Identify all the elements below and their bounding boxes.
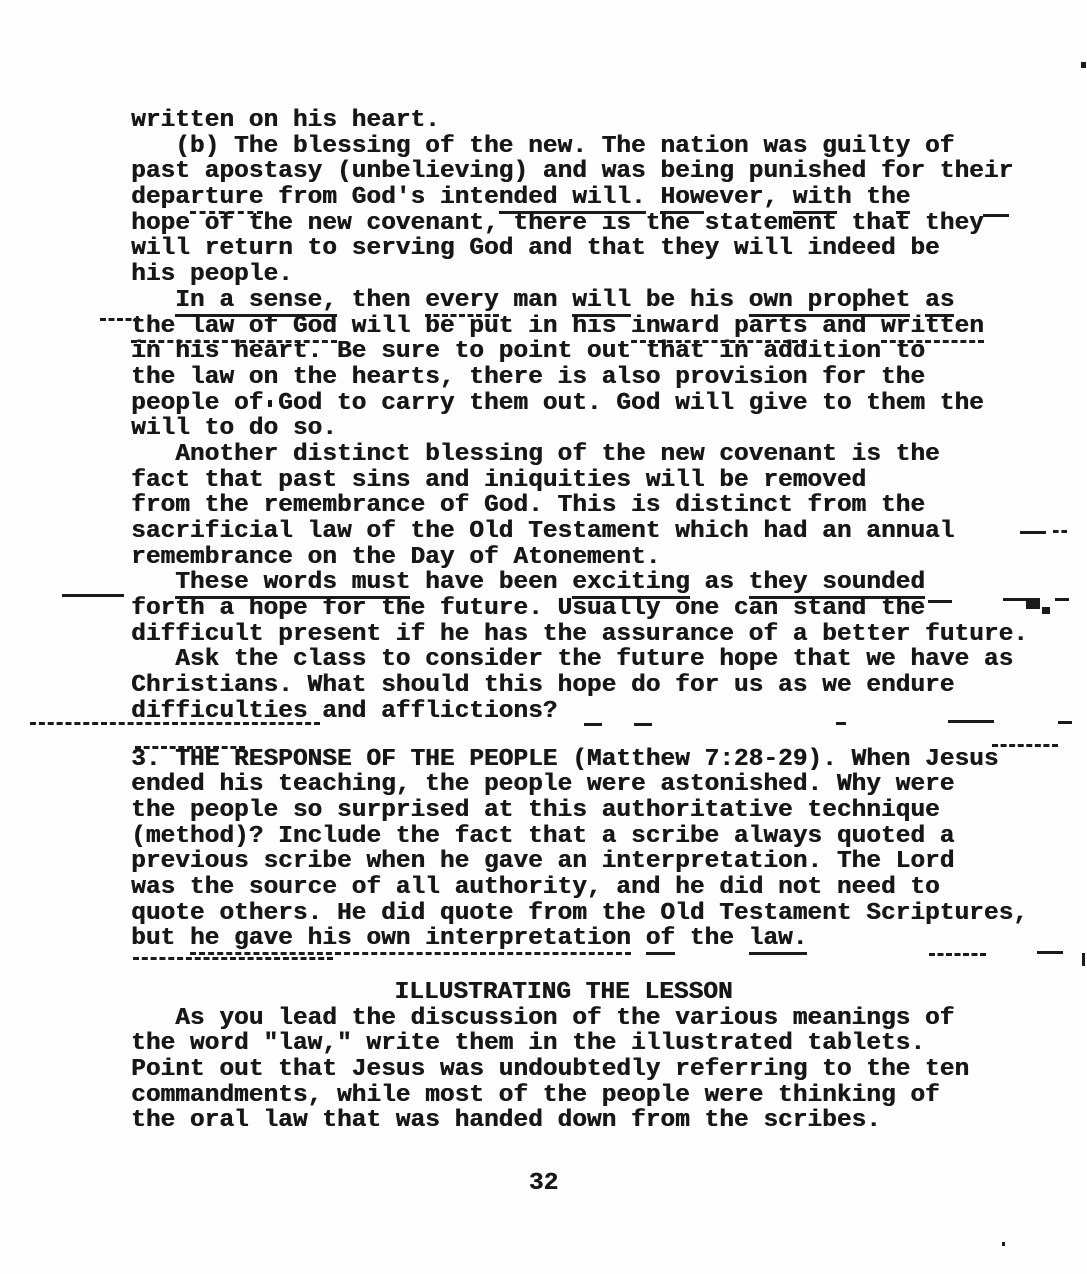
text-segment: difficulties and afflictions? <box>131 698 557 725</box>
text-segment: (b) The blessing of the new. The nation … <box>131 133 954 160</box>
text-segment <box>131 287 175 314</box>
text-segment: Another distinct blessing of the new cov… <box>131 441 940 468</box>
text-segment: and <box>807 313 881 340</box>
scan-artifact <box>1053 530 1067 533</box>
text-segment: difficult present if he has the assuranc… <box>131 621 1028 648</box>
text-line: the word "law," write them in the illust… <box>131 1031 1032 1057</box>
text-segment: written on his heart. <box>131 107 440 134</box>
text-line: difficult present if he has the assuranc… <box>131 622 1032 648</box>
text-line: Point out that Jesus was undoubtedly ref… <box>131 1057 1032 1083</box>
text-line: As you lead the discussion of the variou… <box>131 1006 1032 1032</box>
text-segment: from God's inte <box>263 184 498 211</box>
text-segment: will return to serving God and that they… <box>131 235 940 262</box>
text-segment: forth a hope for the future. Usually one… <box>131 595 925 622</box>
text-segment: man <box>499 287 573 314</box>
paragraph-gap <box>131 725 1032 747</box>
text-segment <box>910 287 925 314</box>
scan-artifact <box>1081 62 1086 68</box>
scan-artifact <box>1082 953 1085 966</box>
text-segment: remembrance on the Day of Atonement. <box>131 544 660 571</box>
text-segment: ILLUSTRATING THE LESSON <box>394 979 732 1006</box>
scan-artifact <box>1002 1242 1005 1246</box>
text-segment: have been <box>410 569 572 596</box>
text-line: In a sense, then every man will be his o… <box>131 288 1032 314</box>
text-segment: past apostasy (unbelieving) and was bein… <box>131 158 1013 185</box>
text-line: the law on the hearts, there is also pro… <box>131 365 1032 391</box>
scan-artifact <box>1055 598 1069 601</box>
text-line: remembrance on the Day of Atonement. <box>131 545 1032 571</box>
text-line: people of God to carry them out. God wil… <box>131 391 1032 417</box>
underlined-text: law. <box>749 925 808 955</box>
text-segment: ended his teaching, the people were asto… <box>131 771 954 798</box>
text-segment <box>646 184 661 211</box>
text-segment: Point out that Jesus was undoubtedly ref… <box>131 1056 969 1083</box>
text-segment <box>631 925 646 952</box>
text-segment: in his heart. Be sure to point out that … <box>131 338 925 365</box>
text-line: past apostasy (unbelieving) and was bein… <box>131 159 1032 185</box>
text-segment: fact that past sins and iniquities will … <box>131 467 866 494</box>
text-line: Christians. What should this hope do for… <box>131 673 1032 699</box>
underlined-text: of <box>646 925 675 955</box>
text-segment: people of God to carry them out. God wil… <box>131 390 984 417</box>
text-segment: h th <box>837 184 896 211</box>
text-segment: (method)? Include the fact that a scribe… <box>131 823 954 850</box>
text-segment: ever, <box>704 184 792 211</box>
text-line: written on his heart. <box>131 108 1032 134</box>
text-line: will to do so. <box>131 416 1032 442</box>
text-line: sacrificial law of the Old Testament whi… <box>131 519 1032 545</box>
text-segment: previous scribe when he gave an interpre… <box>131 848 954 875</box>
text-line: (method)? Include the fact that a scribe… <box>131 824 1032 850</box>
text-segment: the law on the hearts, there is also pro… <box>131 364 925 391</box>
text-segment: will to do so. <box>131 415 337 442</box>
page-number: 32 <box>0 1170 1087 1197</box>
text-line: quote others. He did quote from the Old … <box>131 901 1032 927</box>
text-line: previous scribe when he gave an interpre… <box>131 849 1032 875</box>
text-line: hope of the new covenant, there is the s… <box>131 211 1032 237</box>
text-line: but he gave his own interpretation of th… <box>131 926 1032 952</box>
scanned-page: written on his heart. (b) The blessing o… <box>0 0 1087 1274</box>
scan-artifact <box>1042 607 1050 614</box>
text-segment: his people. <box>131 261 293 288</box>
text-line: These words must have been exciting as t… <box>131 570 1032 596</box>
text-line: Ask the class to consider the future hop… <box>131 647 1032 673</box>
scan-artifact <box>1037 951 1063 954</box>
text-line: the law of God will be put in his inward… <box>131 314 1032 340</box>
text-segment: then <box>337 287 425 314</box>
text-line: from the remembrance of God. This is dis… <box>131 493 1032 519</box>
text-segment: be his <box>631 287 749 314</box>
text-line: ended his teaching, the people were asto… <box>131 772 1032 798</box>
text-segment: the <box>675 925 749 952</box>
text-segment: hope of the new covenant, there is the s… <box>131 210 984 237</box>
text-segment: was the source of all authority, and he … <box>131 874 940 901</box>
text-segment: the oral law that was handed down from t… <box>131 1107 881 1134</box>
section-heading: ILLUSTRATING THE LESSON <box>131 980 1032 1006</box>
underlined-text: he gave his own interpretation <box>190 925 631 955</box>
text-segment: but <box>131 925 190 952</box>
text-line: in his heart. Be sure to point out that … <box>131 339 1032 365</box>
text-line: departure from God's intended will. Howe… <box>131 185 1032 211</box>
text-line: 3. THE RESPONSE OF THE PEOPLE (Matthew 7… <box>131 747 1032 773</box>
text-line: commandments, while most of the people w… <box>131 1083 1032 1109</box>
scan-artifact <box>1058 721 1072 724</box>
text-segment: Ask the class to consider the future hop… <box>131 646 1013 673</box>
text-segment: depa <box>131 184 190 211</box>
text-segment: the people so surprised at this authorit… <box>131 797 940 824</box>
text-line: difficulties and afflictions? <box>131 699 1032 725</box>
text-line: forth a hope for the future. Usually one… <box>131 596 1032 622</box>
scan-artifact <box>62 594 124 597</box>
text-line: the people so surprised at this authorit… <box>131 798 1032 824</box>
text-segment: as <box>690 569 749 596</box>
text-line: Another distinct blessing of the new cov… <box>131 442 1032 468</box>
text-segment <box>131 569 175 596</box>
text-segment: sacrificial law of the Old Testament whi… <box>131 518 954 545</box>
text-segment: will be put in his <box>337 313 631 340</box>
text-segment: quote others. He did quote from the Old … <box>131 900 1028 927</box>
text-line: the oral law that was handed down from t… <box>131 1108 1032 1134</box>
text-segment: As you lead the discussion of the variou… <box>131 1005 954 1032</box>
text-segment: from the remembrance of God. This is dis… <box>131 492 925 519</box>
text-line: will return to serving God and that they… <box>131 236 1032 262</box>
text-segment: commandments, while most of the people w… <box>131 1082 940 1109</box>
text-segment: the word "law," write them in the illust… <box>131 1030 925 1057</box>
text-line: was the source of all authority, and he … <box>131 875 1032 901</box>
text-line: fact that past sins and iniquities will … <box>131 468 1032 494</box>
paragraph-gap <box>131 952 1032 980</box>
text-block: written on his heart. (b) The blessing o… <box>131 108 1032 1134</box>
text-line: his people. <box>131 262 1032 288</box>
text-segment: 3. THE RESPONSE OF THE PEOPLE (Matthew 7… <box>131 746 998 773</box>
text-segment: Christians. What should this hope do for… <box>131 672 954 699</box>
text-line: (b) The blessing of the new. The nation … <box>131 134 1032 160</box>
